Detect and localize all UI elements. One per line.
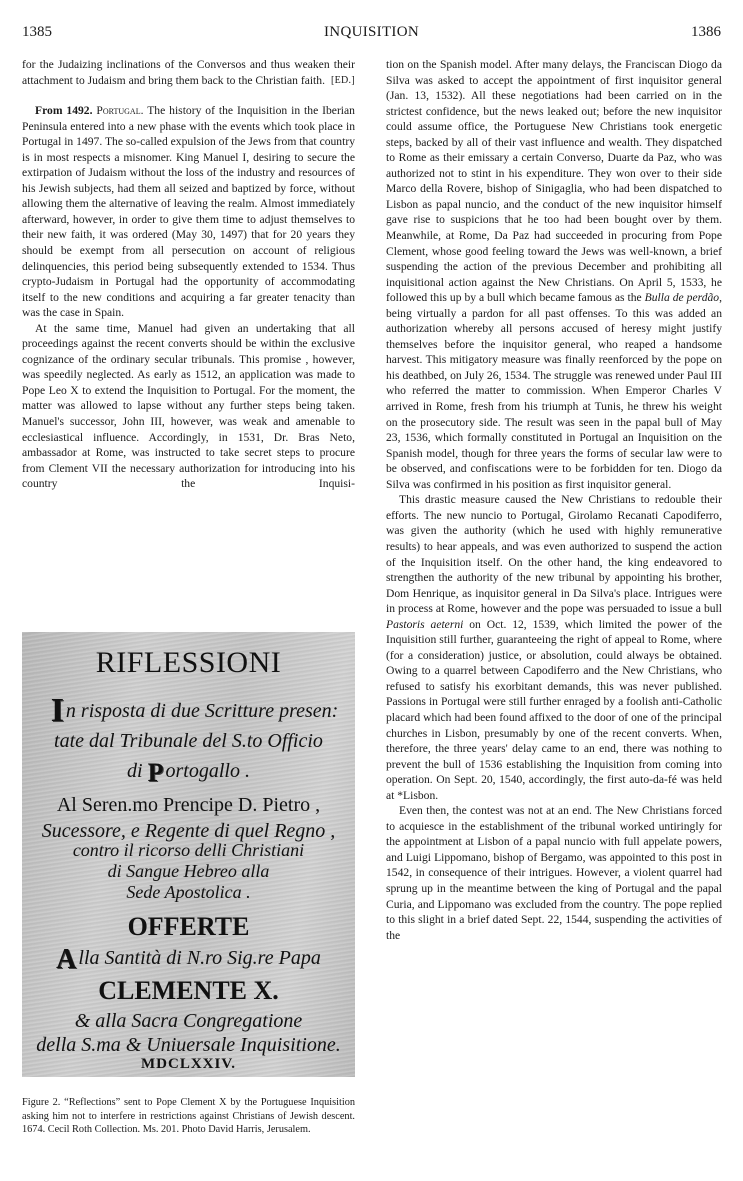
continued-paragraph: for the Judaizing inclinations of the Co…: [22, 57, 355, 88]
manuscript-title: RIFLESSIONI: [22, 646, 355, 680]
page-number-right: 1386: [691, 24, 721, 41]
section-subject: Portugal.: [96, 104, 143, 117]
right-column: tion on the Spanish model. After many de…: [386, 57, 722, 943]
italic-term: Bulla de perdão: [645, 291, 719, 304]
manuscript-line: di Portogallo .: [22, 758, 355, 788]
manuscript-line: di Sangue Hebreo alla: [22, 861, 355, 882]
manuscript-line: In risposta di due Scritture presen:: [28, 692, 355, 730]
intro-text: for the Judaizing inclinations of the Co…: [22, 58, 355, 87]
decorated-initial: P: [148, 758, 164, 788]
figure-caption: Figure 2. “Reflections” sent to Pope Cle…: [22, 1096, 355, 1136]
italic-term: Pastoris aeterni: [386, 618, 463, 631]
manuscript-heading-clemente: CLEMENTE X.: [22, 976, 355, 1006]
manuscript-date: MDCLXXIV.: [22, 1056, 355, 1073]
paragraph: This drastic measure caused the New Chri…: [386, 492, 722, 803]
manuscript-heading-offerte: OFFERTE: [22, 912, 355, 942]
continued-paragraph: tion on the Spanish model. After many de…: [386, 57, 722, 492]
running-title: INQUISITION: [0, 24, 743, 41]
manuscript-line: Al Seren.mo Prencipe D. Pietro ,: [22, 794, 355, 817]
running-head: 1385 INQUISITION 1386: [0, 24, 743, 48]
section-paragraph-portugal: From 1492. Portugal. The history of the …: [22, 103, 355, 321]
manuscript-line: contro il ricorso delli Christiani: [22, 840, 355, 861]
manuscript-line: tate dal Tribunale del S.to Officio: [22, 730, 355, 753]
manuscript-line: Alla Santità di N.ro Sig.re Papa: [22, 944, 355, 976]
decorated-initial: I: [51, 692, 64, 730]
manuscript-line: & alla Sacra Congregatione: [22, 1010, 355, 1033]
paragraph-text: The history of the Inquisition in the Ib…: [22, 104, 355, 319]
paragraph: Even then, the contest was not at an end…: [386, 803, 722, 943]
manuscript-line: Sede Apostolica .: [22, 882, 355, 903]
manuscript-line: della S.ma & Uniuersale Inquisitione.: [22, 1034, 355, 1057]
left-column: for the Judaizing inclinations of the Co…: [22, 57, 355, 492]
editor-tag: [ED.]: [331, 73, 355, 89]
paragraph: At the same time, Manuel had given an un…: [22, 321, 355, 492]
figure-manuscript-image: RIFLESSIONI In risposta di due Scritture…: [22, 632, 355, 1077]
decorated-initial: A: [56, 944, 76, 976]
section-run-in-heading: From 1492.: [35, 104, 92, 117]
